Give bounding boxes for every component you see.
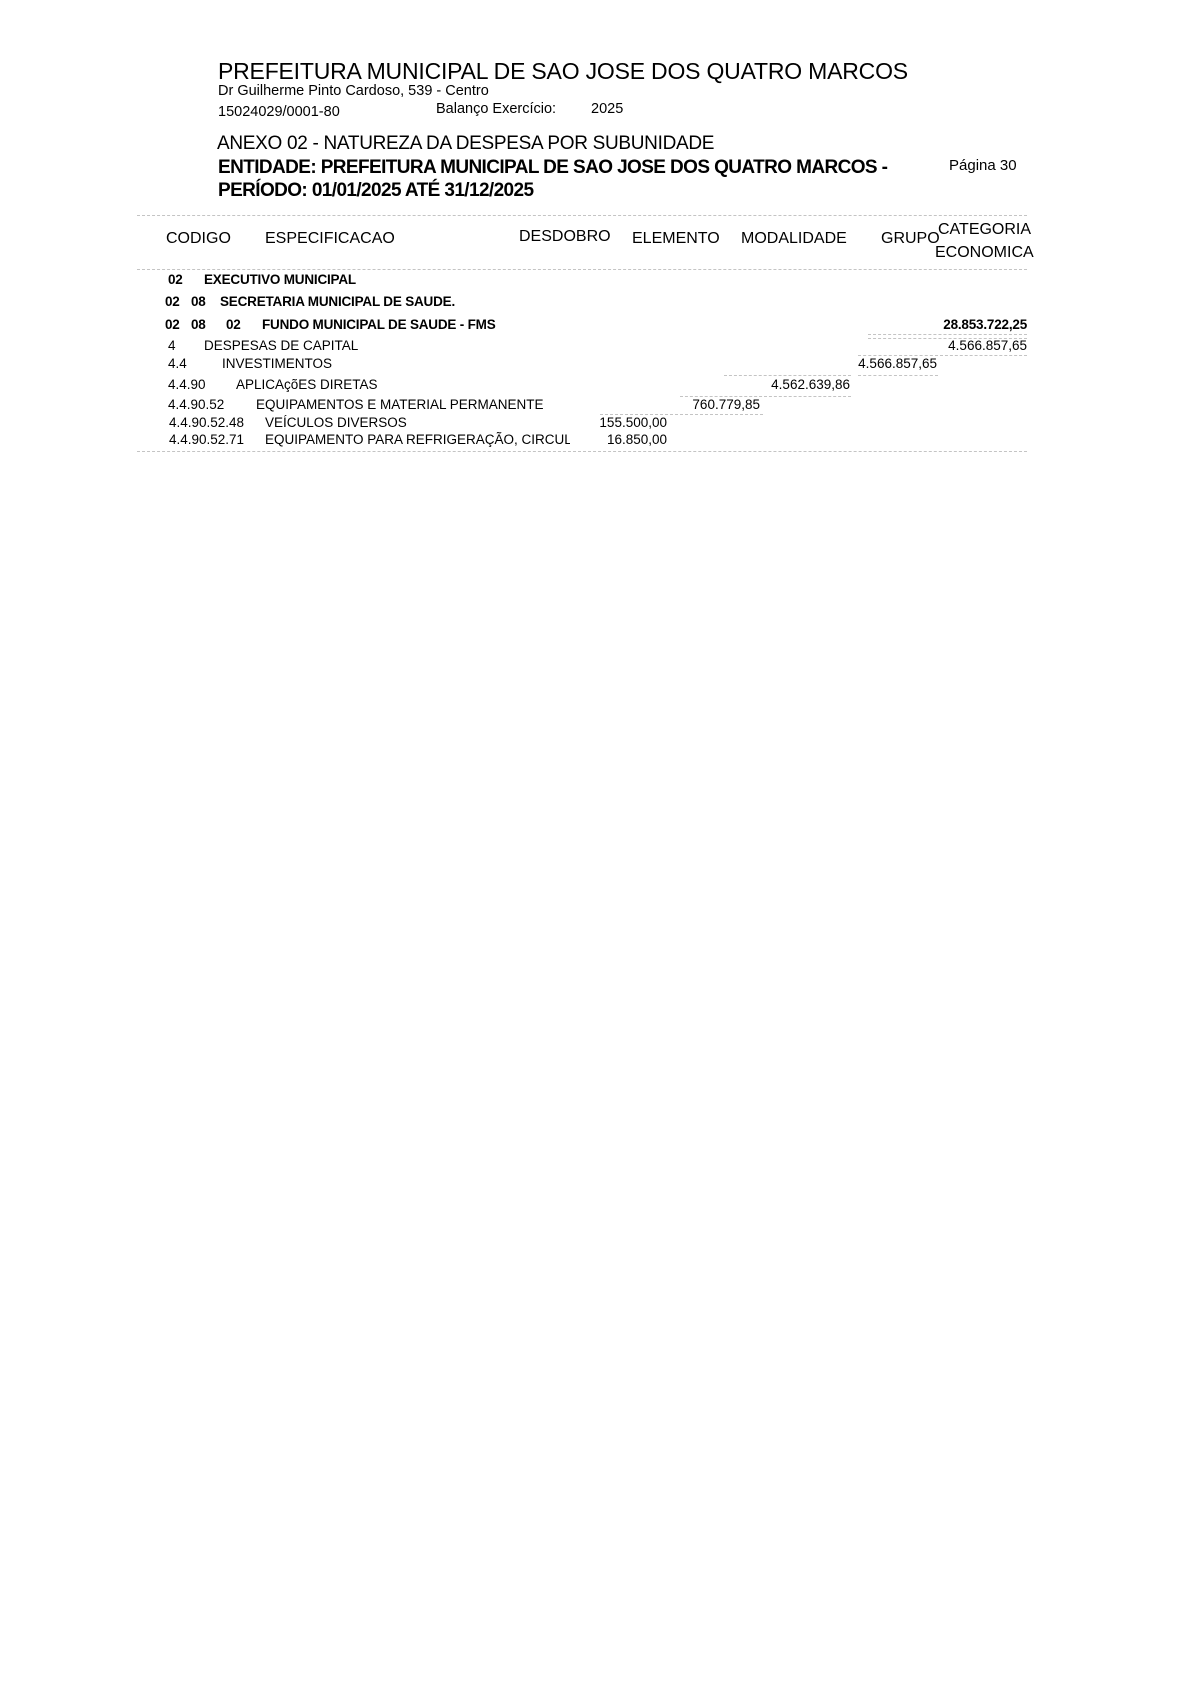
page-number: Página 30 (949, 157, 1017, 174)
row-categoria-value: 4.566.857,65 (948, 338, 1027, 353)
row-elemento-value: 760.779,85 (692, 397, 760, 412)
orgao-name: EXECUTIVO MUNICIPAL (204, 272, 356, 287)
subunidade-code-2: 08 (191, 317, 206, 332)
col-categoria: CATEGORIA (938, 221, 1031, 239)
address: Dr Guilherme Pinto Cardoso, 539 - Centro (218, 83, 489, 99)
balanco-year: 2025 (591, 101, 623, 117)
subunidade-code-1: 02 (165, 317, 180, 332)
row-code: 4.4.90.52.48 (169, 415, 244, 430)
subunidade-total: 28.853.722,25 (943, 317, 1027, 332)
subunidade-name: FUNDO MUNICIPAL DE SAUDE - FMS (262, 317, 496, 332)
col-modalidade: MODALIDADE (741, 230, 847, 248)
municipality-title: PREFEITURA MUNICIPAL DE SAO JOSE DOS QUA… (218, 58, 908, 85)
col-codigo: CODIGO (166, 230, 231, 248)
row-code: 4.4 (168, 356, 187, 371)
unidade-code-2: 08 (191, 294, 206, 309)
unidade-name: SECRETARIA MUNICIPAL DE SAUDE. (220, 294, 455, 309)
row-desdobro-value: 155.500,00 (599, 415, 667, 430)
row-modalidade-value: 4.562.639,86 (771, 377, 850, 392)
divider (724, 375, 851, 376)
annex-title: ANEXO 02 - NATUREZA DA DESPESA POR SUBUN… (217, 133, 714, 155)
row-desc: INVESTIMENTOS (222, 356, 332, 371)
divider (137, 451, 1027, 452)
row-code: 4.4.90.52 (168, 397, 224, 412)
row-desc: EQUIPAMENTO PARA REFRIGERAÇÃO, CIRCUL/ (265, 432, 570, 447)
cnpj: 15024029/0001-80 (218, 104, 340, 120)
entity-title: ENTIDADE: PREFEITURA MUNICIPAL DE SAO JO… (218, 157, 887, 179)
divider (137, 269, 1027, 270)
row-desc: APLICAçõES DIRETAS (236, 377, 378, 392)
row-code: 4.4.90 (168, 377, 206, 392)
row-desc: EQUIPAMENTOS E MATERIAL PERMANENTE (256, 397, 544, 412)
row-desc: DESPESAS DE CAPITAL (204, 338, 358, 353)
row-code: 4 (168, 338, 176, 353)
row-grupo-value: 4.566.857,65 (858, 356, 937, 371)
row-desc: VEÍCULOS DIVERSOS (265, 415, 407, 430)
divider (940, 355, 1027, 356)
col-elemento: ELEMENTO (632, 230, 720, 248)
col-grupo: GRUPO (881, 230, 940, 248)
row-code: 4.4.90.52.71 (169, 432, 244, 447)
col-desdobro: DESDOBRO (519, 228, 611, 246)
subunidade-code-3: 02 (226, 317, 241, 332)
unidade-code-1: 02 (165, 294, 180, 309)
divider (137, 215, 1027, 216)
divider (858, 375, 938, 376)
row-desdobro-value: 16.850,00 (607, 432, 667, 447)
balanco-label: Balanço Exercício: (436, 101, 556, 117)
orgao-code: 02 (168, 272, 183, 287)
col-especificacao: ESPECIFICACAO (265, 230, 395, 248)
col-economica: ECONOMICA (935, 244, 1034, 262)
period-title: PERÍODO: 01/01/2025 ATÉ 31/12/2025 (218, 180, 533, 202)
